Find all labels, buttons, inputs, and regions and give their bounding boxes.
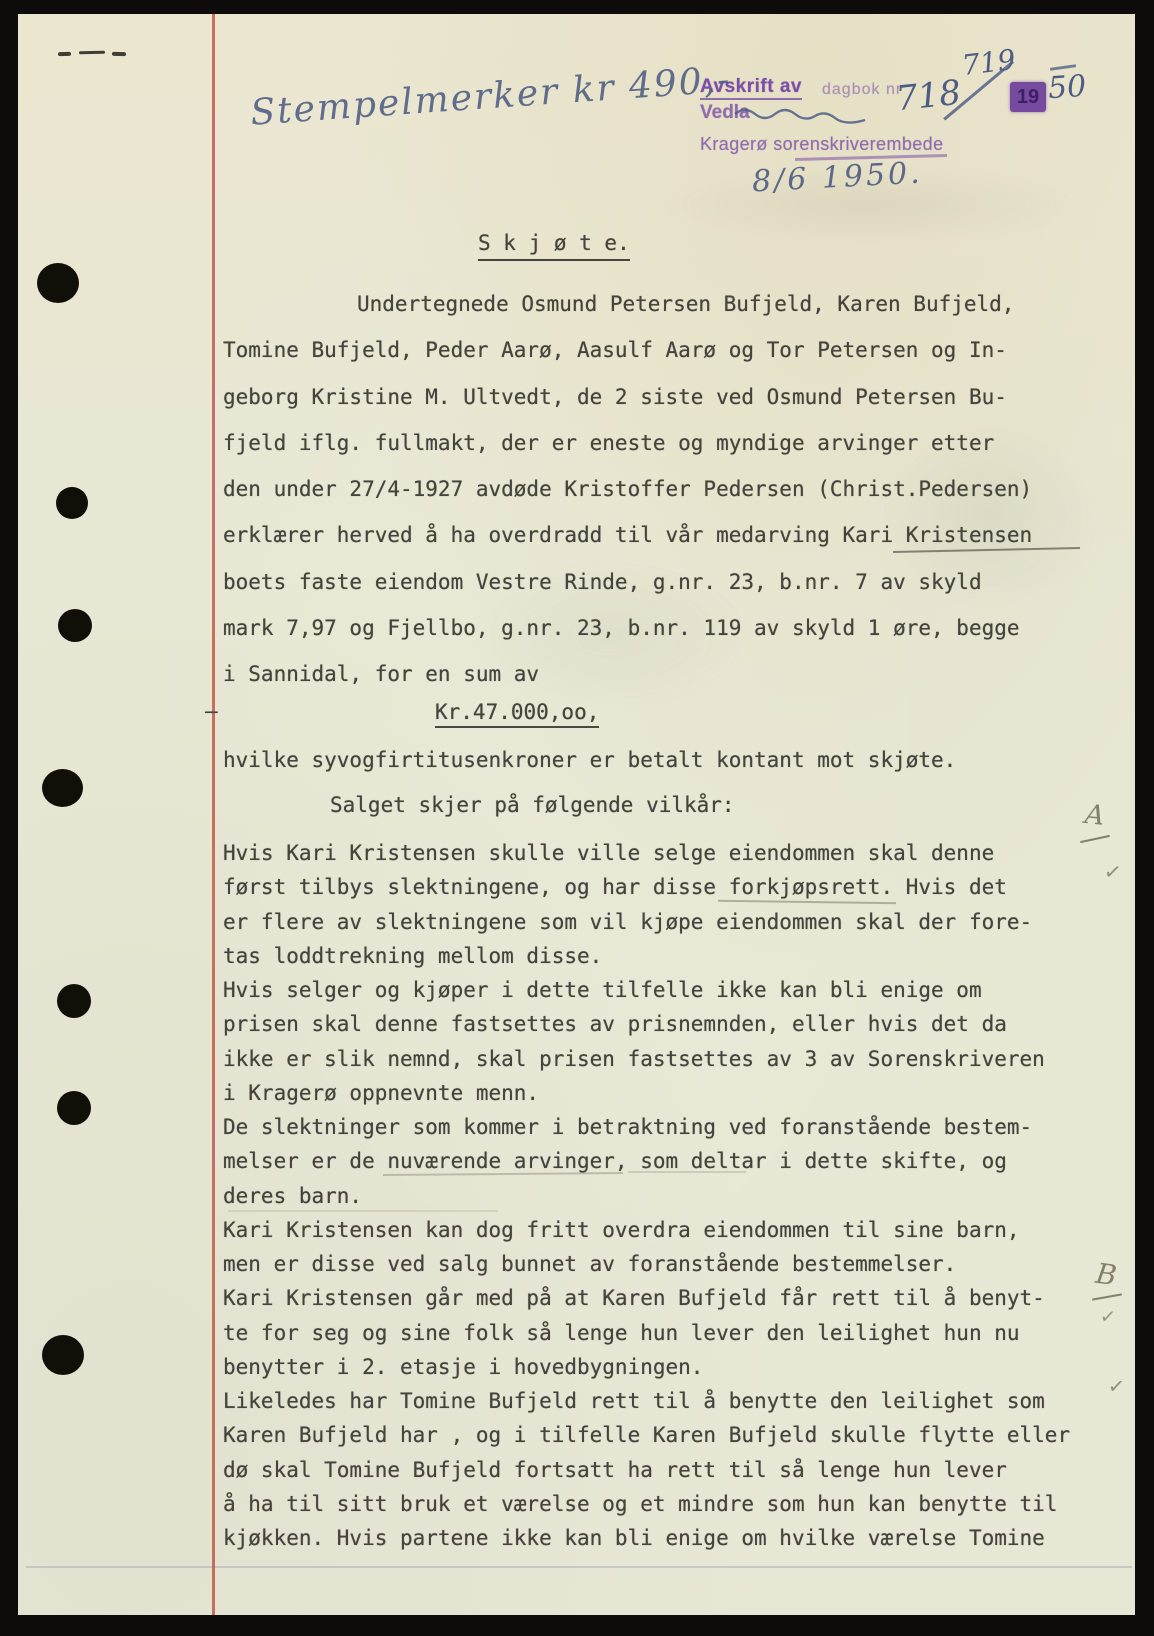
punch-hole <box>56 487 88 519</box>
stamp-year-blob: 19 <box>1010 82 1046 112</box>
scan-border-bottom <box>0 1615 1154 1636</box>
punch-hole <box>42 1335 84 1375</box>
handwritten-year-suffix: 50 <box>1047 69 1088 107</box>
scan-border-left <box>0 0 18 1636</box>
text-line: benytter i 2. etasje i hovedbygningen. <box>223 1350 1070 1384</box>
margin-checkmark: ✓ <box>1107 1373 1126 1399</box>
text-line: Undertegnede Osmund Petersen Bufjeld, Ka… <box>223 281 1032 327</box>
purchase-amount: Kr.47.000,oo, <box>435 701 599 728</box>
text-line: melser er de nuværende arvinger, som del… <box>223 1144 1070 1178</box>
ink-strike-squiggle <box>733 106 873 126</box>
text-line: men er disse ved salg bunnet av foranstå… <box>223 1247 1070 1281</box>
terms-paragraphs: Hvis Kari Kristensen skulle ville selge … <box>223 836 1070 1555</box>
text-line: tas loddtrekning mellom disse. <box>223 939 1070 973</box>
margin-checkmark: ✓ <box>1099 1305 1117 1329</box>
punch-hole <box>37 263 79 303</box>
text-line: Kari Kristensen kan dog fritt overdra ei… <box>223 1213 1070 1247</box>
text-line: mark 7,97 og Fjellbo, g.nr. 23, b.nr. 11… <box>223 605 1032 651</box>
corner-mark <box>79 51 105 54</box>
amount-note-line: hvilke syvogfirtitusenkroner er betalt k… <box>223 748 956 773</box>
intro-paragraph: Undertegnede Osmund Petersen Bufjeld, Ka… <box>223 281 1032 698</box>
text-line: te for seg og sine folk så lenge hun lev… <box>223 1316 1070 1350</box>
text-line: geborg Kristine M. Ultvedt, de 2 siste v… <box>223 374 1032 420</box>
text-line: Likeledes har Tomine Bufjeld rett til å … <box>223 1384 1070 1418</box>
terms-intro-line: Salget skjer på følgende vilkår: <box>330 793 735 818</box>
text-line: Karen Bufjeld har , og i tilfelle Karen … <box>223 1418 1070 1452</box>
text-line: dø skal Tomine Bufjeld fortsatt ha rett … <box>223 1453 1070 1487</box>
punch-hole <box>57 984 91 1018</box>
margin-rule <box>212 14 215 1615</box>
corner-mark <box>112 52 126 56</box>
margin-annotation-b: B <box>1094 1257 1119 1293</box>
text-line: prisen skal denne fastsettes av prisnemn… <box>223 1007 1070 1041</box>
text-line: Kari Kristensen går med på at Karen Bufj… <box>223 1281 1070 1315</box>
scanned-deed-page: { "handwritten": { "fee_note": "Stempelm… <box>0 0 1154 1636</box>
margin-checkmark: ✓ <box>1102 859 1123 885</box>
margin-annotation-a: A <box>1083 799 1106 832</box>
text-line: deres barn. <box>223 1179 1070 1213</box>
scan-border-top <box>0 0 1154 14</box>
punch-hole <box>42 769 83 807</box>
stamp-dagbok-label: dagbok nr <box>822 81 902 99</box>
amount-dash: — <box>205 700 218 723</box>
punch-hole <box>58 609 92 642</box>
faint-rule-artifact <box>26 1566 1132 1568</box>
punch-hole <box>57 1091 91 1125</box>
text-line: kjøkken. Hvis partene ikke kan bli enige… <box>223 1521 1070 1555</box>
text-line: Tomine Bufjeld, Peder Aarø, Aasulf Aarø … <box>223 327 1032 373</box>
text-line: erklærer herved å ha overdradd til vår m… <box>223 512 1032 558</box>
text-line: i Kragerø oppnevnte menn. <box>223 1076 1070 1110</box>
text-line: ikke er slik nemnd, skal prisen fastsett… <box>223 1042 1070 1076</box>
text-line: Hvis selger og kjøper i dette tilfelle i… <box>223 973 1070 1007</box>
text-line: i Sannidal, for en sum av <box>223 651 1032 697</box>
text-line: De slektninger som kommer i betraktning … <box>223 1110 1070 1144</box>
text-line: først tilbys slektningene, og har disse … <box>223 870 1070 904</box>
scan-border-right <box>1135 0 1154 1636</box>
text-line: er flere av slektningene som vil kjøpe e… <box>223 905 1070 939</box>
text-line: å ha til sitt bruk et værelse og et mind… <box>223 1487 1070 1521</box>
document-title: S k j ø t e. <box>478 232 630 261</box>
text-line: Hvis Kari Kristensen skulle ville selge … <box>223 836 1070 870</box>
text-line: fjeld iflg. fullmakt, der er eneste og m… <box>223 420 1032 466</box>
corner-mark <box>58 52 71 56</box>
stamp-office-name: Kragerø sorenskriverembede <box>700 134 944 155</box>
text-line: boets faste eiendom Vestre Rinde, g.nr. … <box>223 559 1032 605</box>
text-line: den under 27/4-1927 avdøde Kristoffer Pe… <box>223 466 1032 512</box>
